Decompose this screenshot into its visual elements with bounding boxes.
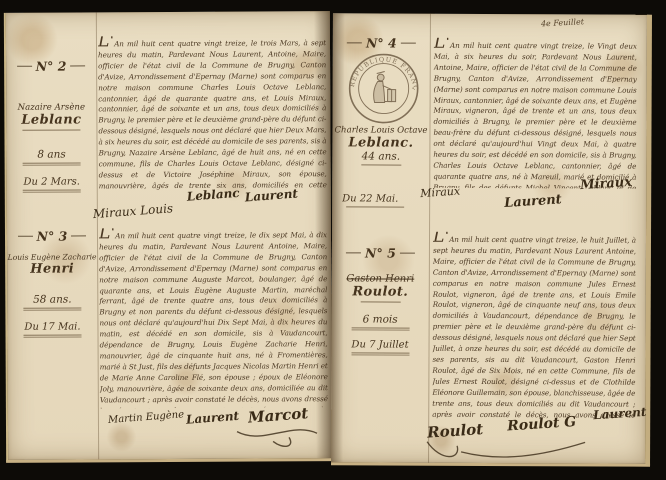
margin-rule <box>70 65 85 66</box>
acte-number: N° 4 <box>366 35 397 50</box>
signature: Miraux Louis <box>92 201 173 221</box>
sheet-number-note: 4e Feuillet <box>541 17 584 28</box>
acte-2-margin-date: Du 2 Mars. <box>7 176 97 190</box>
signature: Miraux <box>420 184 461 200</box>
photographed-register-spread: { "scene": { "background_color": "#0d0b0… <box>0 0 666 480</box>
margin-rule <box>17 66 32 67</box>
signature: Miraux <box>580 175 633 193</box>
acte-2-margin-age: 8 ans <box>7 148 97 163</box>
acte-date: Du 17 Mai. <box>7 321 97 332</box>
signature: Laurent <box>504 192 562 211</box>
margin-rule <box>347 42 362 43</box>
signature: Laurent <box>185 409 239 427</box>
acte-number: N° 5 <box>365 245 396 260</box>
signature: Laurent <box>593 405 647 422</box>
acte-5-margin-name: Gaston Henri Roulot. <box>332 273 429 302</box>
register-right-page: 4e Feuillet N° 4 RÉPUBLIQUE FRANÇAISE Ch… <box>331 13 652 466</box>
deceased-surname: Leblanc. <box>332 135 429 150</box>
acte-4-margin-number: N° 4 <box>333 35 430 50</box>
acte-5-margin-date: Du 7 Juillet <box>332 339 429 353</box>
acte-5-margin-age: 6 mois <box>332 313 429 328</box>
acte-2-margin-name: Nazaire Arsène Leblanc <box>6 102 96 130</box>
deceased-age: 44 ans. <box>332 150 429 162</box>
acte-3-margin-number: N° 3 <box>7 228 97 243</box>
signature: Leblanc <box>186 186 240 204</box>
acte-4-text: L'An mil huit cent quatre vingt treize, … <box>433 38 637 189</box>
margin-rule <box>400 253 415 254</box>
acte-5-text: L'An mil huit cent quatre vingt treize, … <box>432 232 636 421</box>
signature-flourish-icon <box>421 432 591 467</box>
signature-flourish-icon <box>233 419 323 449</box>
margin-rule <box>71 235 86 236</box>
acte-5-margin-number: N° 5 <box>332 245 429 260</box>
acte-2-text: L'An mil huit cent quatre vingt treize, … <box>98 35 327 190</box>
acte-3-margin-date: Du 17 Mai. <box>7 321 97 335</box>
margin-rule <box>18 236 33 237</box>
signature: Martin Eugène <box>108 409 185 426</box>
margin-rule <box>361 164 401 165</box>
margin-rule <box>346 252 361 253</box>
deceased-surname: Roulot. <box>332 284 429 299</box>
deceased-given-names: Nazaire Arsène <box>6 102 96 112</box>
acte-2-margin-number: N° 2 <box>6 58 96 73</box>
acte-3-margin-age: 58 ans. <box>7 293 97 308</box>
acte-date: Du 7 Juillet <box>332 339 429 350</box>
official-stamp-icon: RÉPUBLIQUE FRANÇAISE <box>346 51 420 125</box>
seated-marianne-figure <box>374 71 396 102</box>
margin-rule <box>401 43 416 44</box>
acte-3-margin-name: Louis Eugène Zacharie Henri <box>7 252 97 276</box>
deceased-age: 6 mois <box>332 313 429 325</box>
deceased-surname: Leblanc <box>6 112 96 127</box>
deceased-given-names: Charles Louis Octave <box>332 125 429 135</box>
acte-4-margin-name: Charles Louis Octave Leblanc. 44 ans. <box>332 125 429 165</box>
acte-number: N° 2 <box>36 59 67 74</box>
deceased-given-names: Gaston Henri <box>332 273 429 284</box>
acte-number: N° 3 <box>37 229 68 244</box>
deceased-age: 58 ans. <box>7 293 97 305</box>
deceased-given-names: Louis Eugène Zacharie <box>7 252 97 261</box>
margin-rule <box>360 301 400 302</box>
signature: Laurent <box>244 186 298 204</box>
register-left-page: N° 2 Nazaire Arsène Leblanc 8 ans Du 2 M… <box>4 11 332 463</box>
deceased-age: 8 ans <box>7 148 97 160</box>
acte-3-text: L'An mil huit cent quatre vingt treize, … <box>99 227 328 408</box>
acte-date: Du 2 Mars. <box>7 176 97 187</box>
deceased-surname: Henri <box>7 261 97 276</box>
